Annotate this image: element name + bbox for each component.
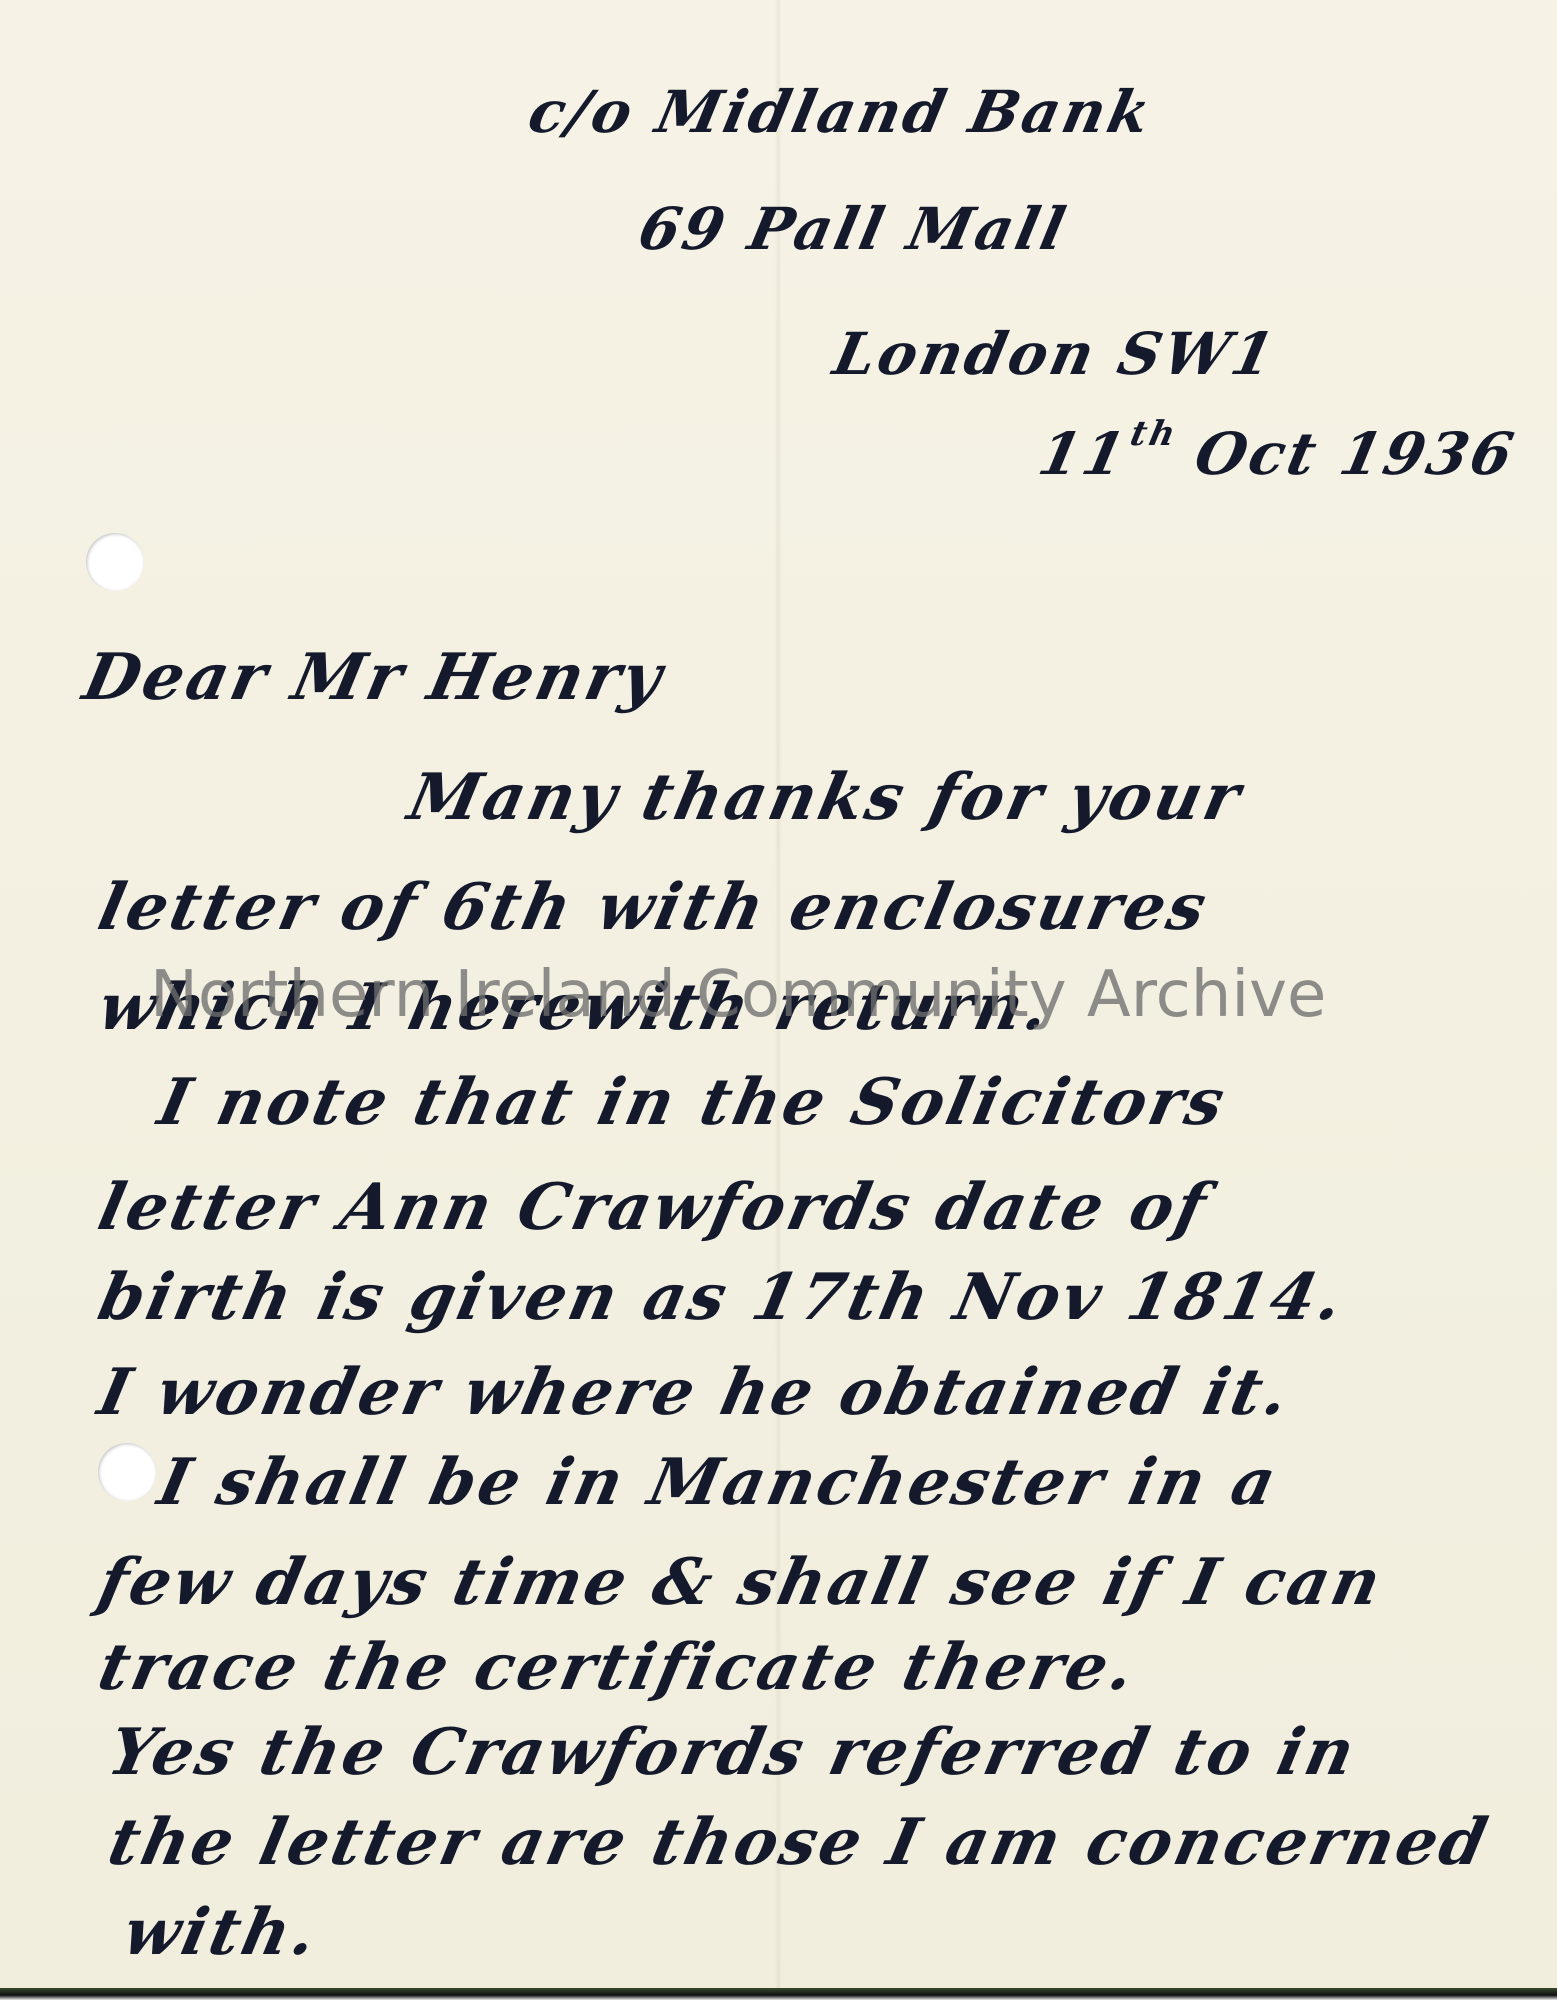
body-line-10: trace the certificate there. [92, 1630, 1143, 1705]
salutation: Dear Mr Henry [77, 640, 671, 715]
punch-hole-bottom [98, 1443, 156, 1501]
body-line-9: few days time & shall see if I can [92, 1545, 1390, 1620]
letter-date: 11th Oct 1936 [1033, 420, 1522, 488]
body-line-12: the letter are those I am concerned [102, 1805, 1496, 1880]
body-line-8: I shall be in Manchester in a [152, 1445, 1285, 1520]
address-line-1: c/o Midland Bank [523, 78, 1159, 146]
body-line-2: letter of 6th with enclosures [92, 870, 1215, 945]
body-line-4: I note that in the Solicitors [152, 1065, 1233, 1140]
body-line-13: with. [117, 1895, 326, 1970]
date-rest: Oct 1936 [1189, 420, 1522, 488]
address-line-3: London SW1 [828, 320, 1283, 388]
scan-bottom-edge [0, 1988, 1557, 2000]
address-line-2: 69 Pall Mall [633, 195, 1074, 263]
body-line-11: Yes the Crawfords referred to in [102, 1715, 1364, 1790]
date-suffix: th [1127, 414, 1182, 454]
body-line-7: I wonder where he obtained it. [92, 1355, 1298, 1430]
archive-watermark: Northern Ireland Community Archive [150, 958, 1326, 1032]
date-day: 11 [1033, 420, 1134, 488]
body-line-6: birth is given as 17th Nov 1814. [92, 1260, 1352, 1335]
body-line-5: letter Ann Crawfords date of [92, 1170, 1215, 1245]
body-line-1: Many thanks for your [402, 760, 1249, 835]
punch-hole-top [86, 533, 144, 591]
